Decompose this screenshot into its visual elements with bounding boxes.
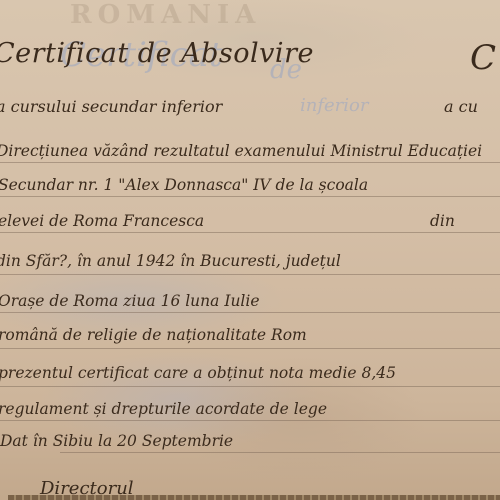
- text-line-1: Direcțiunea văzând rezultatul examenului…: [0, 142, 482, 160]
- ruled-line: [60, 452, 500, 453]
- text-line-2: Secundar nr. 1 "Alex Donnasca" IV de la …: [0, 176, 368, 194]
- text-line-7: prezentul certificat care a obținut nota…: [0, 364, 396, 382]
- certificate-subtitle: a cursului secundar inferior: [0, 97, 222, 116]
- blue-wash-text-3: inferior: [300, 95, 368, 116]
- text-line-3: elevei de Roma Francesca: [0, 212, 204, 230]
- ruled-line: [0, 386, 500, 387]
- text-line-6: română de religie de naționalitate Rom: [0, 326, 307, 344]
- text-line-4: din Sfăr?, în anul 1942 în Bucuresti, ju…: [0, 252, 341, 270]
- certificate-title: Certificat de Absolvire: [0, 38, 314, 69]
- scan-edge-strip: [8, 495, 500, 500]
- ruled-line: [0, 232, 500, 233]
- text-line-5: Orașe de Roma ziua 16 luna Iulie: [0, 292, 260, 310]
- ruled-line: [0, 196, 500, 197]
- text-line-9: Dat în Sibiu la 20 Septembrie: [0, 432, 233, 450]
- certificate-title-right: C: [470, 38, 497, 78]
- text-line-8: regulament și drepturile acordate de leg…: [0, 400, 327, 418]
- ruled-line: [0, 274, 500, 275]
- watermark-text: ROMANIA: [70, 0, 370, 28]
- text-line-3-right: din: [430, 212, 455, 230]
- certificate-subtitle-right: a cu: [444, 97, 478, 116]
- ruled-line: [0, 420, 500, 421]
- ruled-line: [0, 312, 500, 313]
- ruled-line: [0, 162, 500, 163]
- certificate-paper: [0, 0, 500, 500]
- ruled-line: [0, 348, 500, 349]
